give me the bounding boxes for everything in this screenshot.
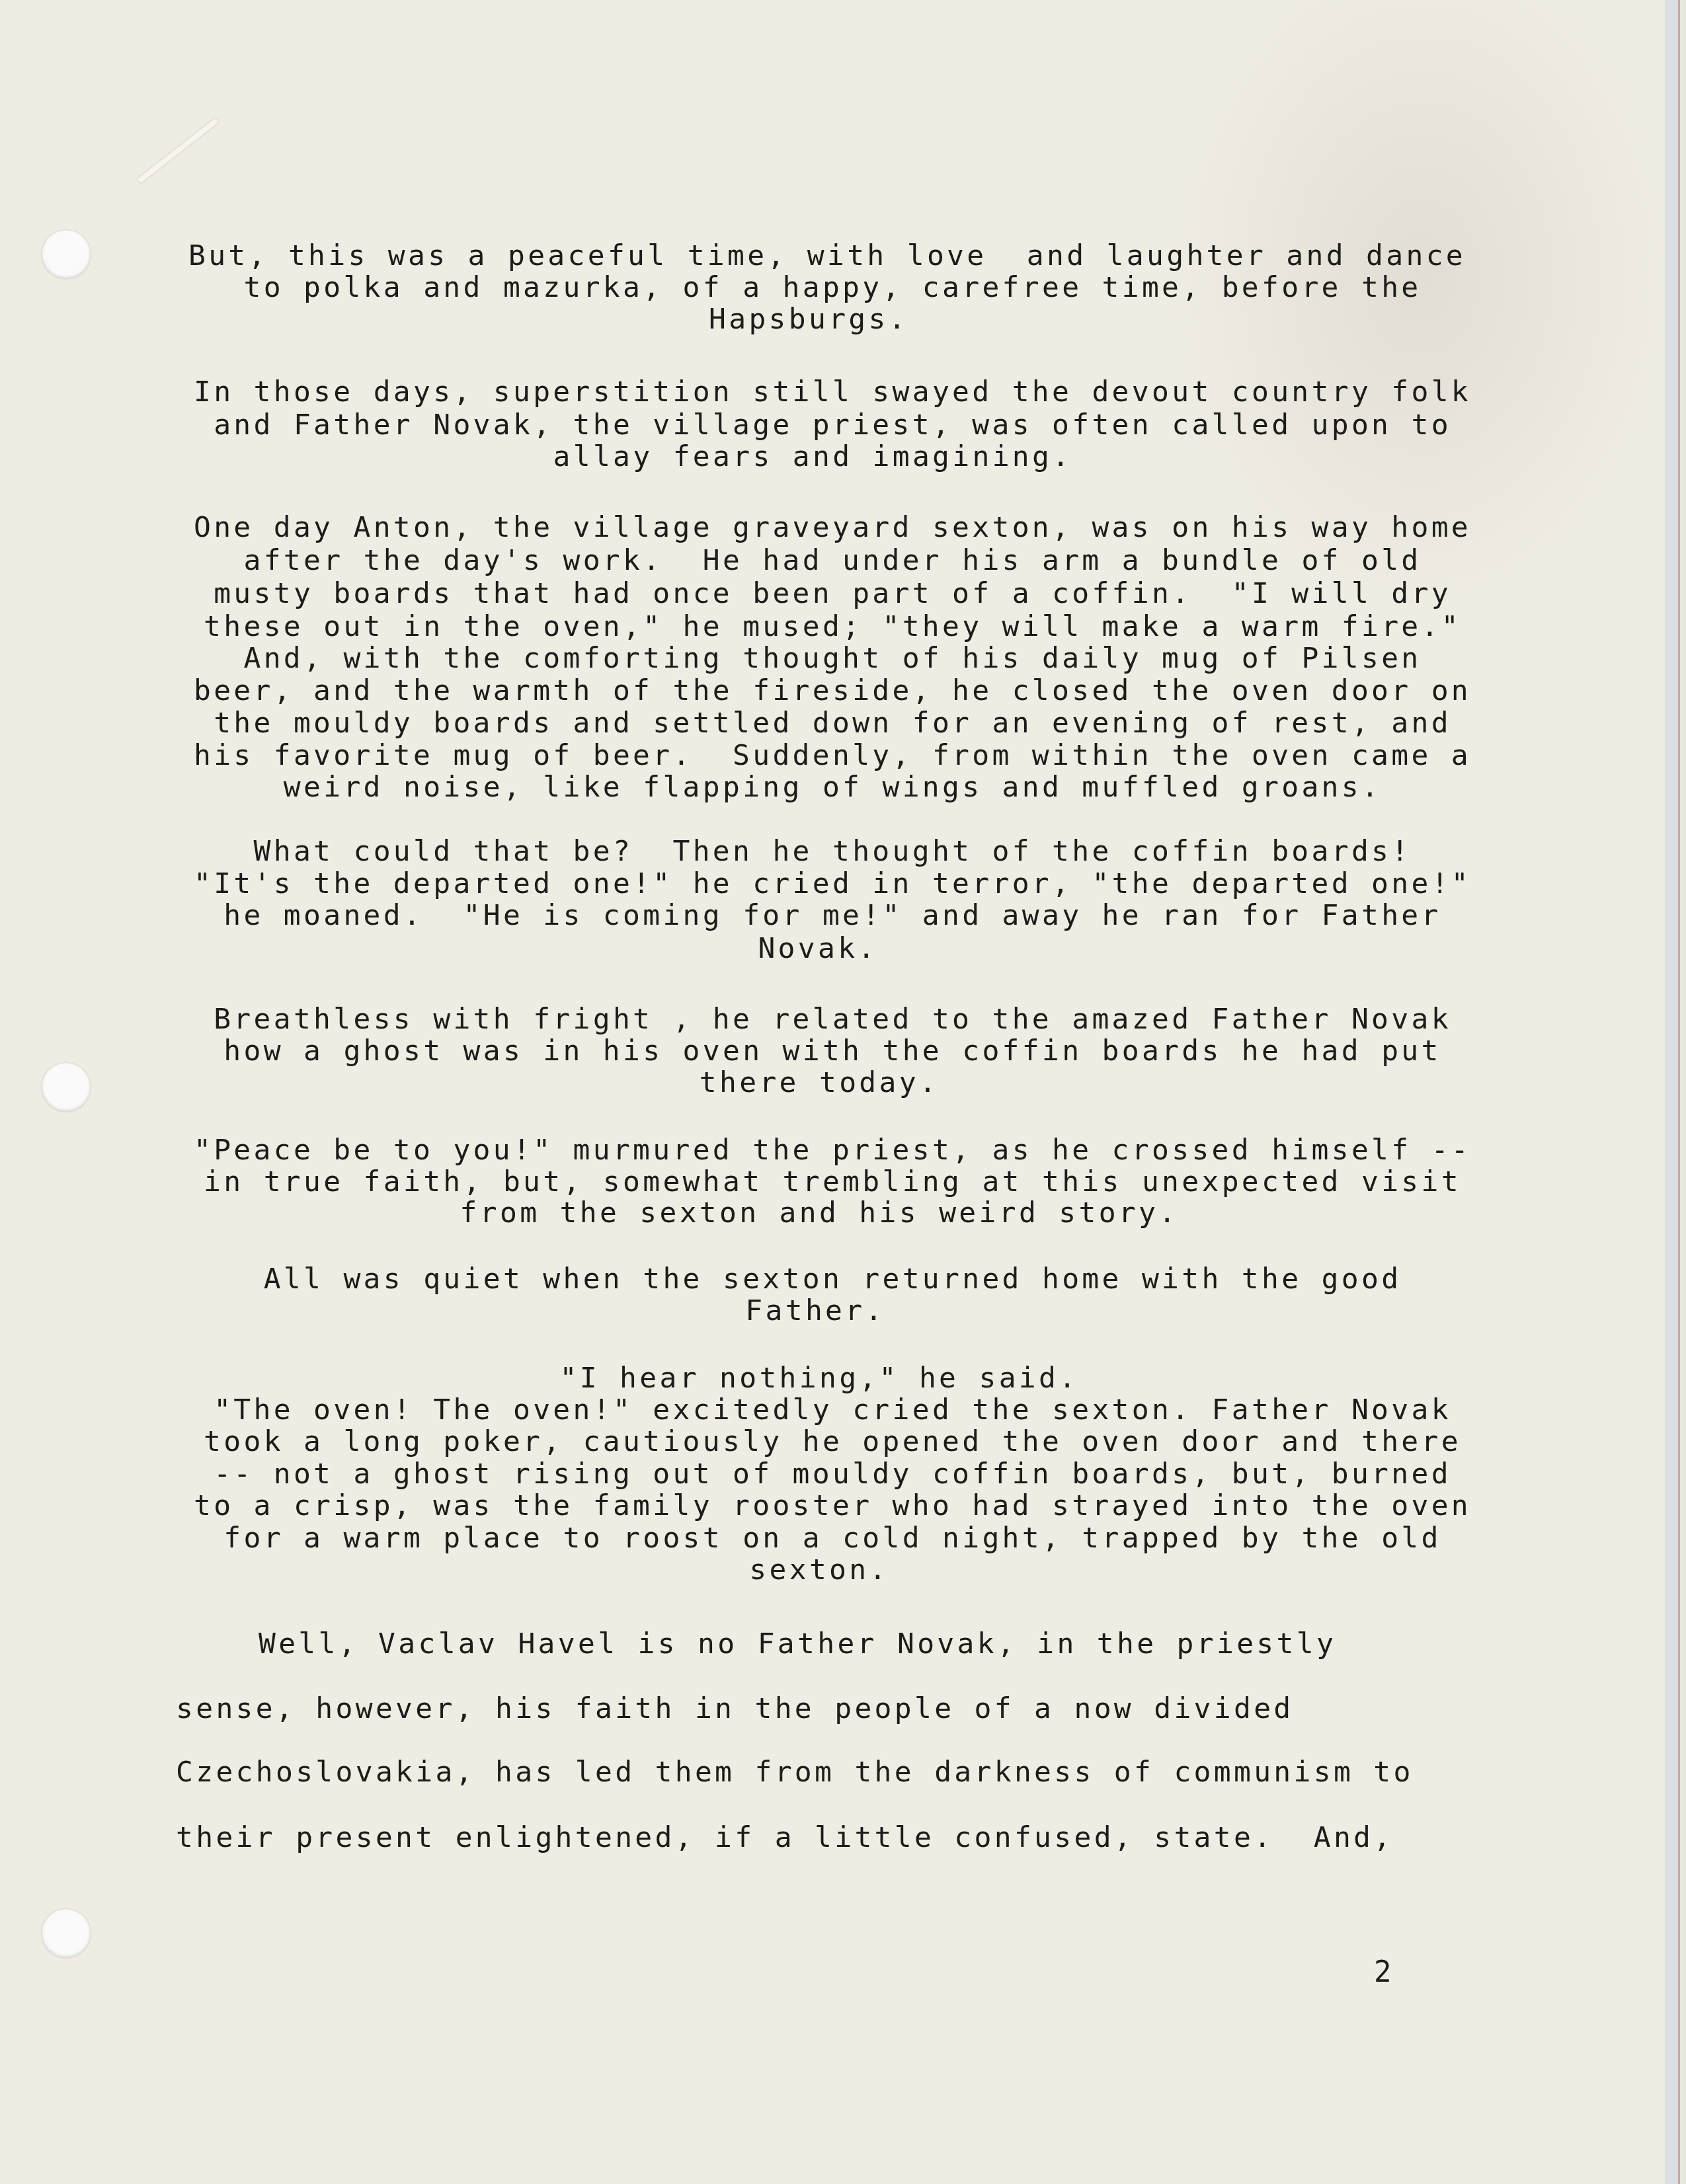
text-line: in true faith, but, somewhat trembling a… bbox=[0, 1165, 1665, 1198]
text-line: sense, however, his faith in the people … bbox=[176, 1692, 1686, 1725]
text-line: he moaned. "He is coming for me!" and aw… bbox=[0, 899, 1665, 932]
text-line: for a warm place to roost on a cold nigh… bbox=[0, 1522, 1665, 1555]
text-line: sexton. bbox=[0, 1553, 1652, 1586]
text-line: "Peace be to you!" murmured the priest, … bbox=[0, 1134, 1665, 1167]
text-line: and Father Novak, the village priest, wa… bbox=[0, 409, 1665, 442]
text-line: to a crisp, was the family rooster who h… bbox=[0, 1489, 1665, 1522]
text-line: Well, Vaclav Havel is no Father Novak, i… bbox=[159, 1627, 1686, 1660]
text-line: Breathless with fright , he related to t… bbox=[0, 1003, 1665, 1036]
text-line: musty boards that had once been part of … bbox=[0, 577, 1665, 610]
text-line: beer, and the warmth of the fireside, he… bbox=[0, 674, 1665, 707]
text-line: there today. bbox=[0, 1066, 1652, 1099]
text-line: What could that be? Then he thought of t… bbox=[0, 835, 1665, 868]
text-line: Father. bbox=[0, 1294, 1648, 1327]
page-number: 2 bbox=[1374, 1955, 1392, 1989]
text-line: these out in the oven," he mused; "they … bbox=[0, 610, 1665, 643]
text-line: One day Anton, the village graveyard sex… bbox=[0, 511, 1665, 544]
text-line: Novak. bbox=[0, 932, 1650, 965]
text-line: And, with the comforting thought of his … bbox=[0, 642, 1665, 675]
punch-hole-bottom bbox=[42, 1909, 91, 1958]
text-line: the mouldy boards and settled down for a… bbox=[0, 707, 1665, 740]
text-line: "I hear nothing," he said. bbox=[0, 1362, 1652, 1395]
text-line: In those days, superstition still swayed… bbox=[0, 375, 1665, 409]
text-line: -- not a ghost rising out of mouldy coff… bbox=[0, 1458, 1665, 1491]
text-line: how a ghost was in his oven with the cof… bbox=[0, 1034, 1665, 1068]
text-line: his favorite mug of beer. Suddenly, from… bbox=[0, 739, 1665, 772]
text-line: All was quiet when the sexton returned h… bbox=[0, 1263, 1665, 1296]
text-line: Hapsburgs. bbox=[0, 303, 1641, 336]
text-line: Czechoslovakia, has led them from the da… bbox=[176, 1756, 1686, 1789]
scan-edge-margin bbox=[1680, 0, 1686, 2184]
body-text: But, this was a peaceful time, with love… bbox=[0, 0, 1665, 1884]
text-line: from the sexton and his weird story. bbox=[0, 1196, 1652, 1229]
text-line: their present enlightened, if a little c… bbox=[176, 1821, 1686, 1854]
scan-edge-strip bbox=[1665, 0, 1678, 2184]
text-line: allay fears and imagining. bbox=[0, 440, 1645, 473]
text-line: weird noise, like flapping of wings and … bbox=[0, 771, 1665, 804]
text-line: after the day's work. He had under his a… bbox=[0, 544, 1665, 577]
text-line: But, this was a peaceful time, with love… bbox=[0, 239, 1660, 272]
text-line: "The oven! The oven!" excitedly cried th… bbox=[0, 1393, 1665, 1426]
document-page: But, this was a peaceful time, with love… bbox=[0, 0, 1665, 2184]
text-line: to polka and mazurka, of a happy, carefr… bbox=[0, 271, 1665, 304]
text-line: took a long poker, cautiously he opened … bbox=[0, 1425, 1665, 1458]
text-line: "It's the departed one!" he cried in ter… bbox=[0, 867, 1665, 900]
